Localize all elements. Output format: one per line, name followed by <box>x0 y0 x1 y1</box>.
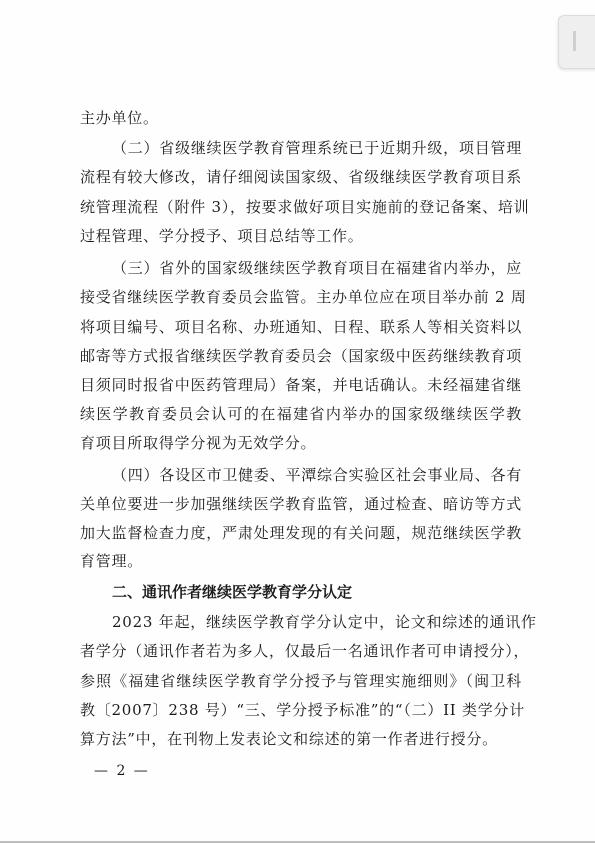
paragraph-line: （三）省外的国家级继续医学教育项目在福建省内举办，应 <box>112 258 522 278</box>
paragraph-line: 主办单位。 <box>80 108 522 128</box>
paragraph-line: 续医学教育委员会认可的在福建省内举办的国家级继续医学教 <box>80 404 522 424</box>
paragraph-line: 过程管理、学分授予、项目总结等工作。 <box>80 226 522 246</box>
paragraph-line: 加大监督检查力度，严肃处理发现的有关问题，规范继续医学教 <box>80 523 522 543</box>
paragraph-line: 将项目编号、项目名称、办班通知、日程、联系人等相关资料以 <box>80 317 522 337</box>
paragraph-line: 邮寄等方式报省继续医学教育委员会（国家级中医药继续教育项 <box>80 346 522 366</box>
paragraph-line: 育管理。 <box>80 551 522 571</box>
paragraph-line: 接受省继续医学教育委员会监管。主办单位应在项目举办前 2 周 <box>80 287 522 307</box>
paragraph-line: 统管理流程（附件 3），按要求做好项目实施前的登记备案、培训 <box>80 197 522 217</box>
side-panel-toggle-tab[interactable] <box>558 15 595 69</box>
paragraph-line: 目须同时报省中医药管理局）备案，并电话确认。未经福建省继 <box>80 375 522 395</box>
drag-handle-icon <box>573 31 576 51</box>
paragraph-line: （四）各设区市卫健委、平潭综合实验区社会事业局、各有 <box>112 465 522 485</box>
paragraph-line: 关单位要进一步加强继续医学教育监管，通过检查、暗访等方式 <box>80 494 522 514</box>
paragraph-line: 流程有较大修改，请仔细阅读国家级、省级继续医学教育项目系 <box>80 167 522 187</box>
paragraph-line: 教〔2007〕238 号）“三、学分授予标准”的“（二）II 类学分计 <box>80 700 522 720</box>
paragraph-line: 者学分（通讯作者若为多人，仅最后一名通讯作者可申请授分）， <box>80 641 522 661</box>
page-number: — 2 — <box>94 761 150 781</box>
paragraph-line: （二）省级继续医学教育管理系统已于近期升级，项目管理 <box>112 138 522 158</box>
paragraph-line: 育项目所取得学分视为无效学分。 <box>80 433 522 453</box>
paragraph-line: 2023 年起，继续医学教育学分认定中，论文和综述的通讯作 <box>112 612 522 632</box>
paragraph-line: 算方法”中，在刊物上发表论文和综述的第一作者进行授分。 <box>80 729 522 749</box>
document-page: 主办单位。（二）省级继续医学教育管理系统已于近期升级，项目管理流程有较大修改，请… <box>0 0 595 841</box>
paragraph-line: 参照《福建省继续医学教育学分授予与管理实施细则》（闽卫科 <box>80 671 522 691</box>
section-heading: 二、通讯作者继续医学教育学分认定 <box>112 582 352 602</box>
